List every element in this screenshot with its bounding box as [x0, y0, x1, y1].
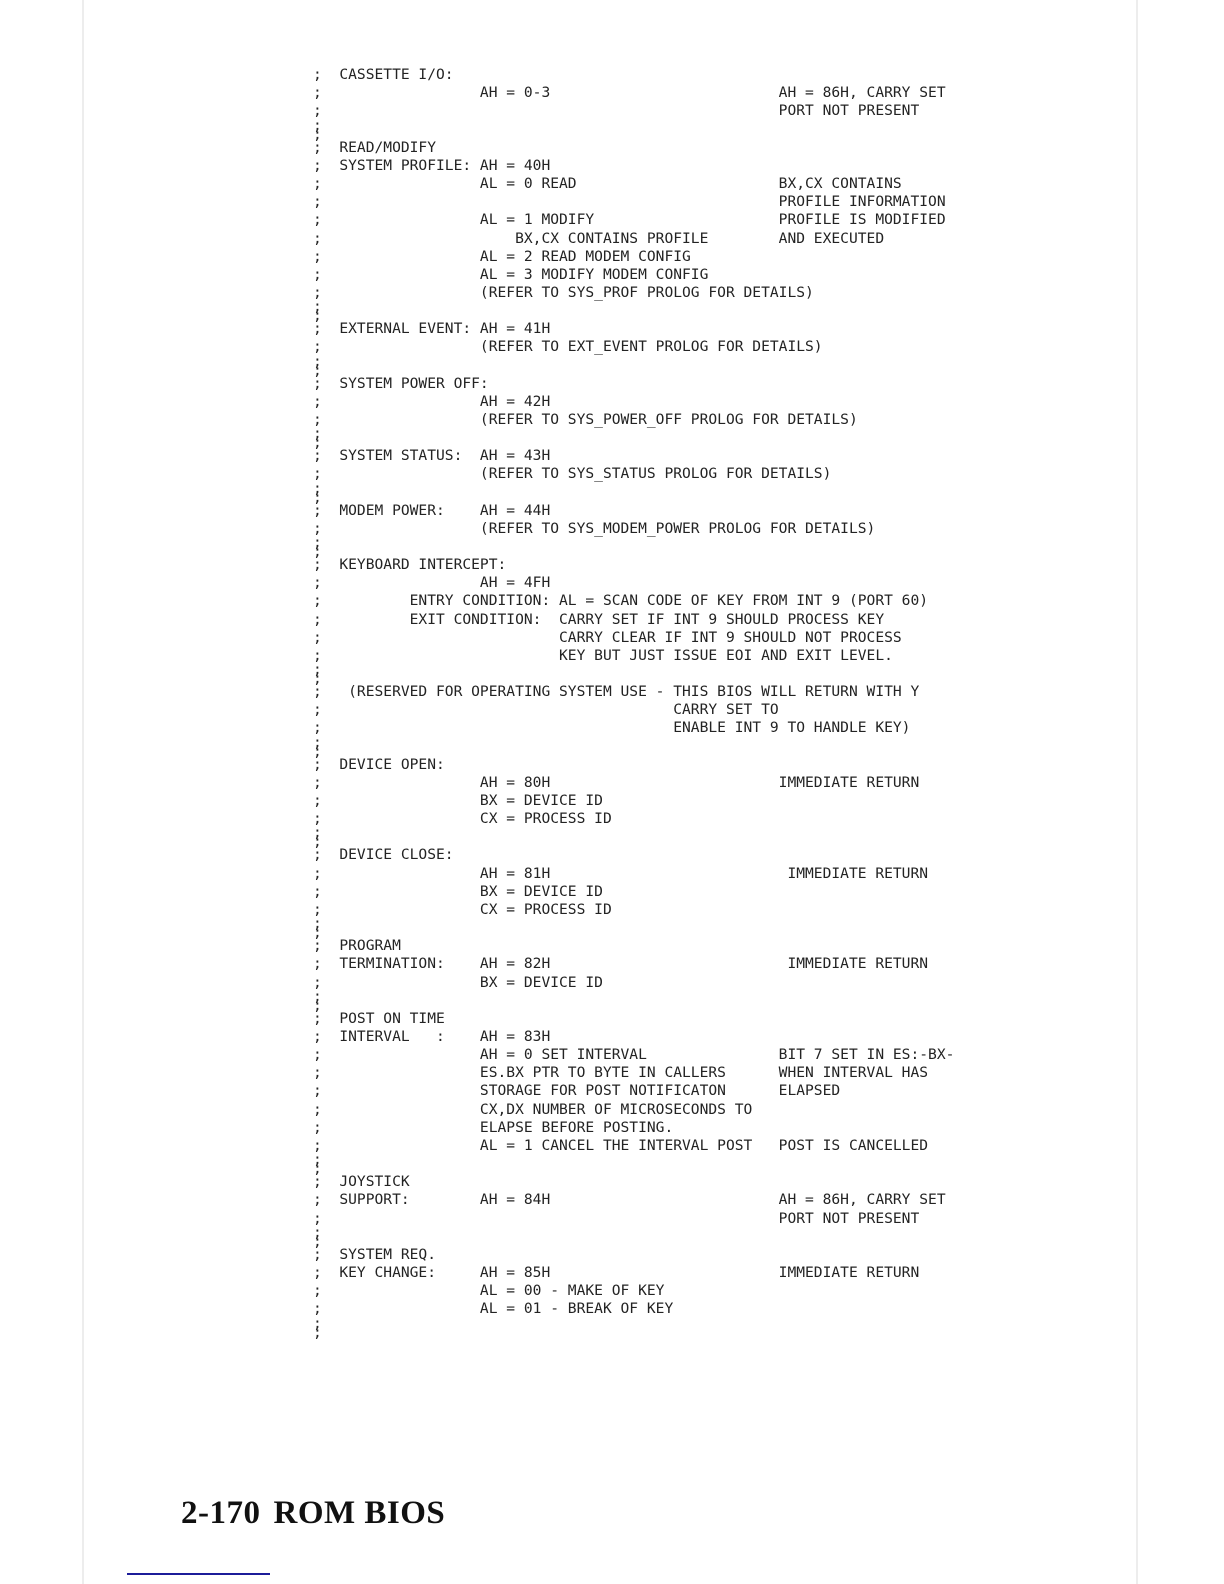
listing-line: ; — [313, 357, 954, 366]
listing-line: ; SYSTEM STATUS: AH = 43H — [313, 447, 954, 465]
listing-line: ; (REFER TO EXT_EVENT PROLOG FOR DETAILS… — [313, 338, 954, 356]
listing-line: ; (REFER TO SYS_STATUS PROLOG FOR DETAIL… — [313, 465, 954, 483]
listing-line: ; PROFILE INFORMATION — [313, 193, 954, 211]
listing-line: ; — [313, 738, 954, 747]
listing-line: ; KEY BUT JUST ISSUE EOI AND EXIT LEVEL. — [313, 647, 954, 665]
listing-line: ; — [313, 1155, 954, 1164]
listing-line: ; — [313, 547, 954, 556]
listing-line: ; CASSETTE I/O: — [313, 66, 954, 84]
listing-line: ; AL = 1 MODIFY PROFILE IS MODIFIED — [313, 211, 954, 229]
listing-line: ; — [313, 130, 954, 139]
listing-line: ; BX = DEVICE ID — [313, 883, 954, 901]
section-title: ROM BIOS — [274, 1495, 446, 1531]
listing-line: ; (REFER TO SYS_MODEM_POWER PROLOG FOR D… — [313, 520, 954, 538]
listing-line: ; — [313, 828, 954, 837]
listing-line: ; — [313, 1001, 954, 1010]
listing-line: ; BX = DEVICE ID — [313, 974, 954, 992]
listing-line: ; EXTERNAL EVENT: AH = 41H — [313, 320, 954, 338]
listing-line: ; INTERVAL : AH = 83H — [313, 1028, 954, 1046]
footer-rule — [127, 1573, 270, 1575]
listing-line: ; — [313, 538, 954, 547]
listing-line: ; SUPPORT: AH = 84H AH = 86H, CARRY SET — [313, 1191, 954, 1209]
listing-line: ; — [313, 919, 954, 928]
listing-line: ; SYSTEM POWER OFF: — [313, 375, 954, 393]
listing-line: ; PROGRAM — [313, 937, 954, 955]
listing-line: ; — [313, 484, 954, 493]
scanned-manual-page: { "page": { "background": "#ffffff", "te… — [0, 0, 1224, 1584]
listing-line: ; CX,DX NUMBER OF MICROSECONDS TO — [313, 1101, 954, 1119]
listing-line: ; DEVICE OPEN: — [313, 756, 954, 774]
listing-line: ; — [313, 311, 954, 320]
listing-line: ; — [313, 1237, 954, 1246]
listing-line: ; CX = PROCESS ID — [313, 810, 954, 828]
listing-line: ; ENTRY CONDITION: AL = SCAN CODE OF KEY… — [313, 592, 954, 610]
listing-line: ; — [313, 1319, 954, 1328]
listing-line: ; AH = 81H IMMEDIATE RETURN — [313, 865, 954, 883]
listing-line: ; PORT NOT PRESENT — [313, 1210, 954, 1228]
listing-line: ; AH = 0-3 AH = 86H, CARRY SET — [313, 84, 954, 102]
assembly-comment-listing: ; CASSETTE I/O:; AH = 0-3 AH = 86H, CARR… — [313, 66, 954, 1337]
listing-line: ; AL = 0 READ BX,CX CONTAINS — [313, 175, 954, 193]
listing-line: ; — [313, 302, 954, 311]
listing-line: ; PORT NOT PRESENT — [313, 102, 954, 120]
listing-line: ; CARRY CLEAR IF INT 9 SHOULD NOT PROCES… — [313, 629, 954, 647]
listing-line: ; AL = 2 READ MODEM CONFIG — [313, 248, 954, 266]
listing-line: ; AH = 4FH — [313, 574, 954, 592]
listing-line: ; — [313, 992, 954, 1001]
listing-line: ; — [313, 928, 954, 937]
listing-line: ; — [313, 747, 954, 756]
listing-line: ; AL = 1 CANCEL THE INTERVAL POST POST I… — [313, 1137, 954, 1155]
listing-line: ; KEY CHANGE: AH = 85H IMMEDIATE RETURN — [313, 1264, 954, 1282]
listing-line: ; SYSTEM PROFILE: AH = 40H — [313, 157, 954, 175]
listing-line: ; — [313, 366, 954, 375]
listing-line: ; — [313, 674, 954, 683]
listing-line: ; ENABLE INT 9 TO HANDLE KEY) — [313, 719, 954, 737]
listing-line: ; AL = 00 - MAKE OF KEY — [313, 1282, 954, 1300]
listing-line: ; ES.BX PTR TO BYTE IN CALLERS WHEN INTE… — [313, 1064, 954, 1082]
listing-line: ; ELAPSE BEFORE POSTING. — [313, 1119, 954, 1137]
listing-line: ; — [313, 121, 954, 130]
listing-line: ; — [313, 1164, 954, 1173]
listing-line: ; — [313, 429, 954, 438]
page-number: 2-170 — [181, 1495, 261, 1531]
scan-edge-artifact-left — [82, 0, 84, 1584]
listing-line: ; CX = PROCESS ID — [313, 901, 954, 919]
listing-line: ; AL = 01 - BREAK OF KEY — [313, 1300, 954, 1318]
listing-line: ; — [313, 1228, 954, 1237]
listing-line: ; JOYSTICK — [313, 1173, 954, 1191]
listing-line: ; READ/MODIFY — [313, 139, 954, 157]
listing-line: ; — [313, 665, 954, 674]
listing-line: ; AH = 42H — [313, 393, 954, 411]
listing-line: ; — [313, 438, 954, 447]
listing-line: ; CARRY SET TO — [313, 701, 954, 719]
listing-line: ; AH = 0 SET INTERVAL BIT 7 SET IN ES:-B… — [313, 1046, 954, 1064]
scan-edge-artifact-right — [1136, 0, 1138, 1584]
listing-line: ; KEYBOARD INTERCEPT: — [313, 556, 954, 574]
listing-line: ; STORAGE FOR POST NOTIFICATON ELAPSED — [313, 1082, 954, 1100]
listing-line: ; — [313, 837, 954, 846]
listing-line: ; (REFER TO SYS_PROF PROLOG FOR DETAILS) — [313, 284, 954, 302]
listing-line: ; EXIT CONDITION: CARRY SET IF INT 9 SHO… — [313, 611, 954, 629]
listing-line: ; MODEM POWER: AH = 44H — [313, 502, 954, 520]
page-footer: 2-170ROM BIOS — [181, 1497, 445, 1530]
listing-line: ; POST ON TIME — [313, 1010, 954, 1028]
listing-line: ; TERMINATION: AH = 82H IMMEDIATE RETURN — [313, 955, 954, 973]
listing-line: ; DEVICE CLOSE: — [313, 846, 954, 864]
listing-line: ; SYSTEM REQ. — [313, 1246, 954, 1264]
listing-line: ; — [313, 1328, 954, 1337]
listing-line: ; BX,CX CONTAINS PROFILE AND EXECUTED — [313, 230, 954, 248]
listing-line: ; (REFER TO SYS_POWER_OFF PROLOG FOR DET… — [313, 411, 954, 429]
listing-line: ; BX = DEVICE ID — [313, 792, 954, 810]
listing-line: ; AH = 80H IMMEDIATE RETURN — [313, 774, 954, 792]
listing-line: ; AL = 3 MODIFY MODEM CONFIG — [313, 266, 954, 284]
listing-line: ; (RESERVED FOR OPERATING SYSTEM USE - T… — [313, 683, 954, 701]
listing-line: ; — [313, 493, 954, 502]
